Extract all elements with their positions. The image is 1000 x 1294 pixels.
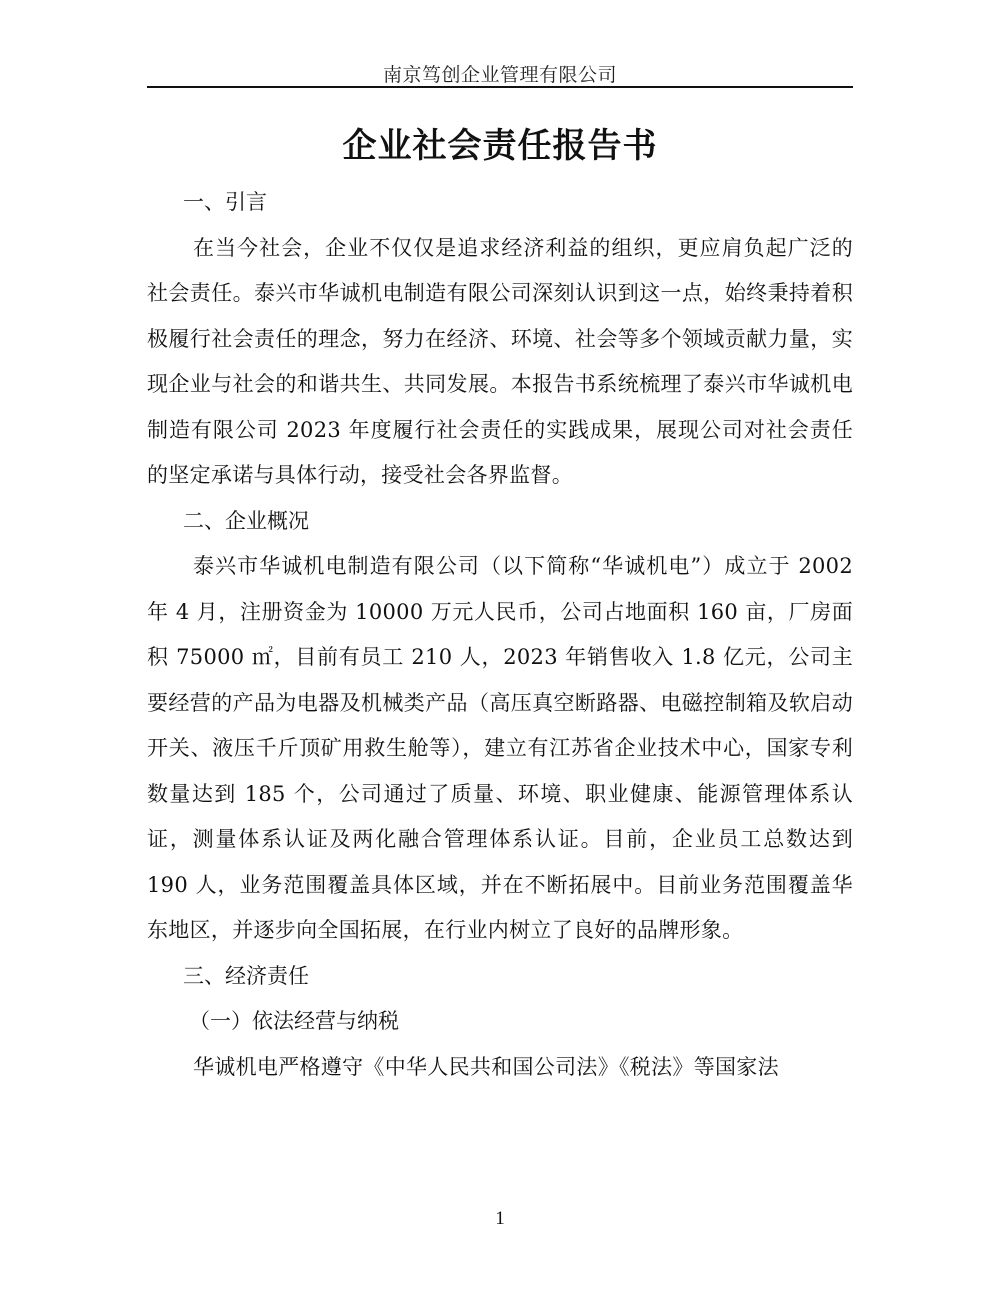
- paragraph-company-overview: 泰兴市华诚机电制造有限公司（以下简称“华诚机电”）成立于 2002 年 4 月，…: [147, 544, 853, 954]
- document-body: 一、引言 在当今社会，企业不仅仅是追求经济利益的组织，更应肩负起广泛的社会责任。…: [147, 180, 853, 1090]
- section-heading-economic-responsibility: 三、经济责任: [147, 954, 853, 1000]
- document-title: 企业社会责任报告书: [147, 118, 853, 167]
- document-page: 南京笃创企业管理有限公司 企业社会责任报告书 一、引言 在当今社会，企业不仅仅是…: [0, 0, 1000, 1294]
- header-divider: [147, 86, 853, 88]
- paragraph-introduction: 在当今社会，企业不仅仅是追求经济利益的组织，更应肩负起广泛的社会责任。泰兴市华诚…: [147, 226, 853, 499]
- section-heading-company-overview: 二、企业概况: [147, 499, 853, 545]
- subsection-heading-lawful-operation-tax: （一）依法经营与纳税: [147, 999, 853, 1045]
- paragraph-lawful-operation: 华诚机电严格遵守《中华人民共和国公司法》《税法》等国家法: [147, 1045, 853, 1091]
- section-heading-introduction: 一、引言: [147, 180, 853, 226]
- running-header: 南京笃创企业管理有限公司: [147, 60, 853, 87]
- page-number: 1: [0, 1208, 1000, 1230]
